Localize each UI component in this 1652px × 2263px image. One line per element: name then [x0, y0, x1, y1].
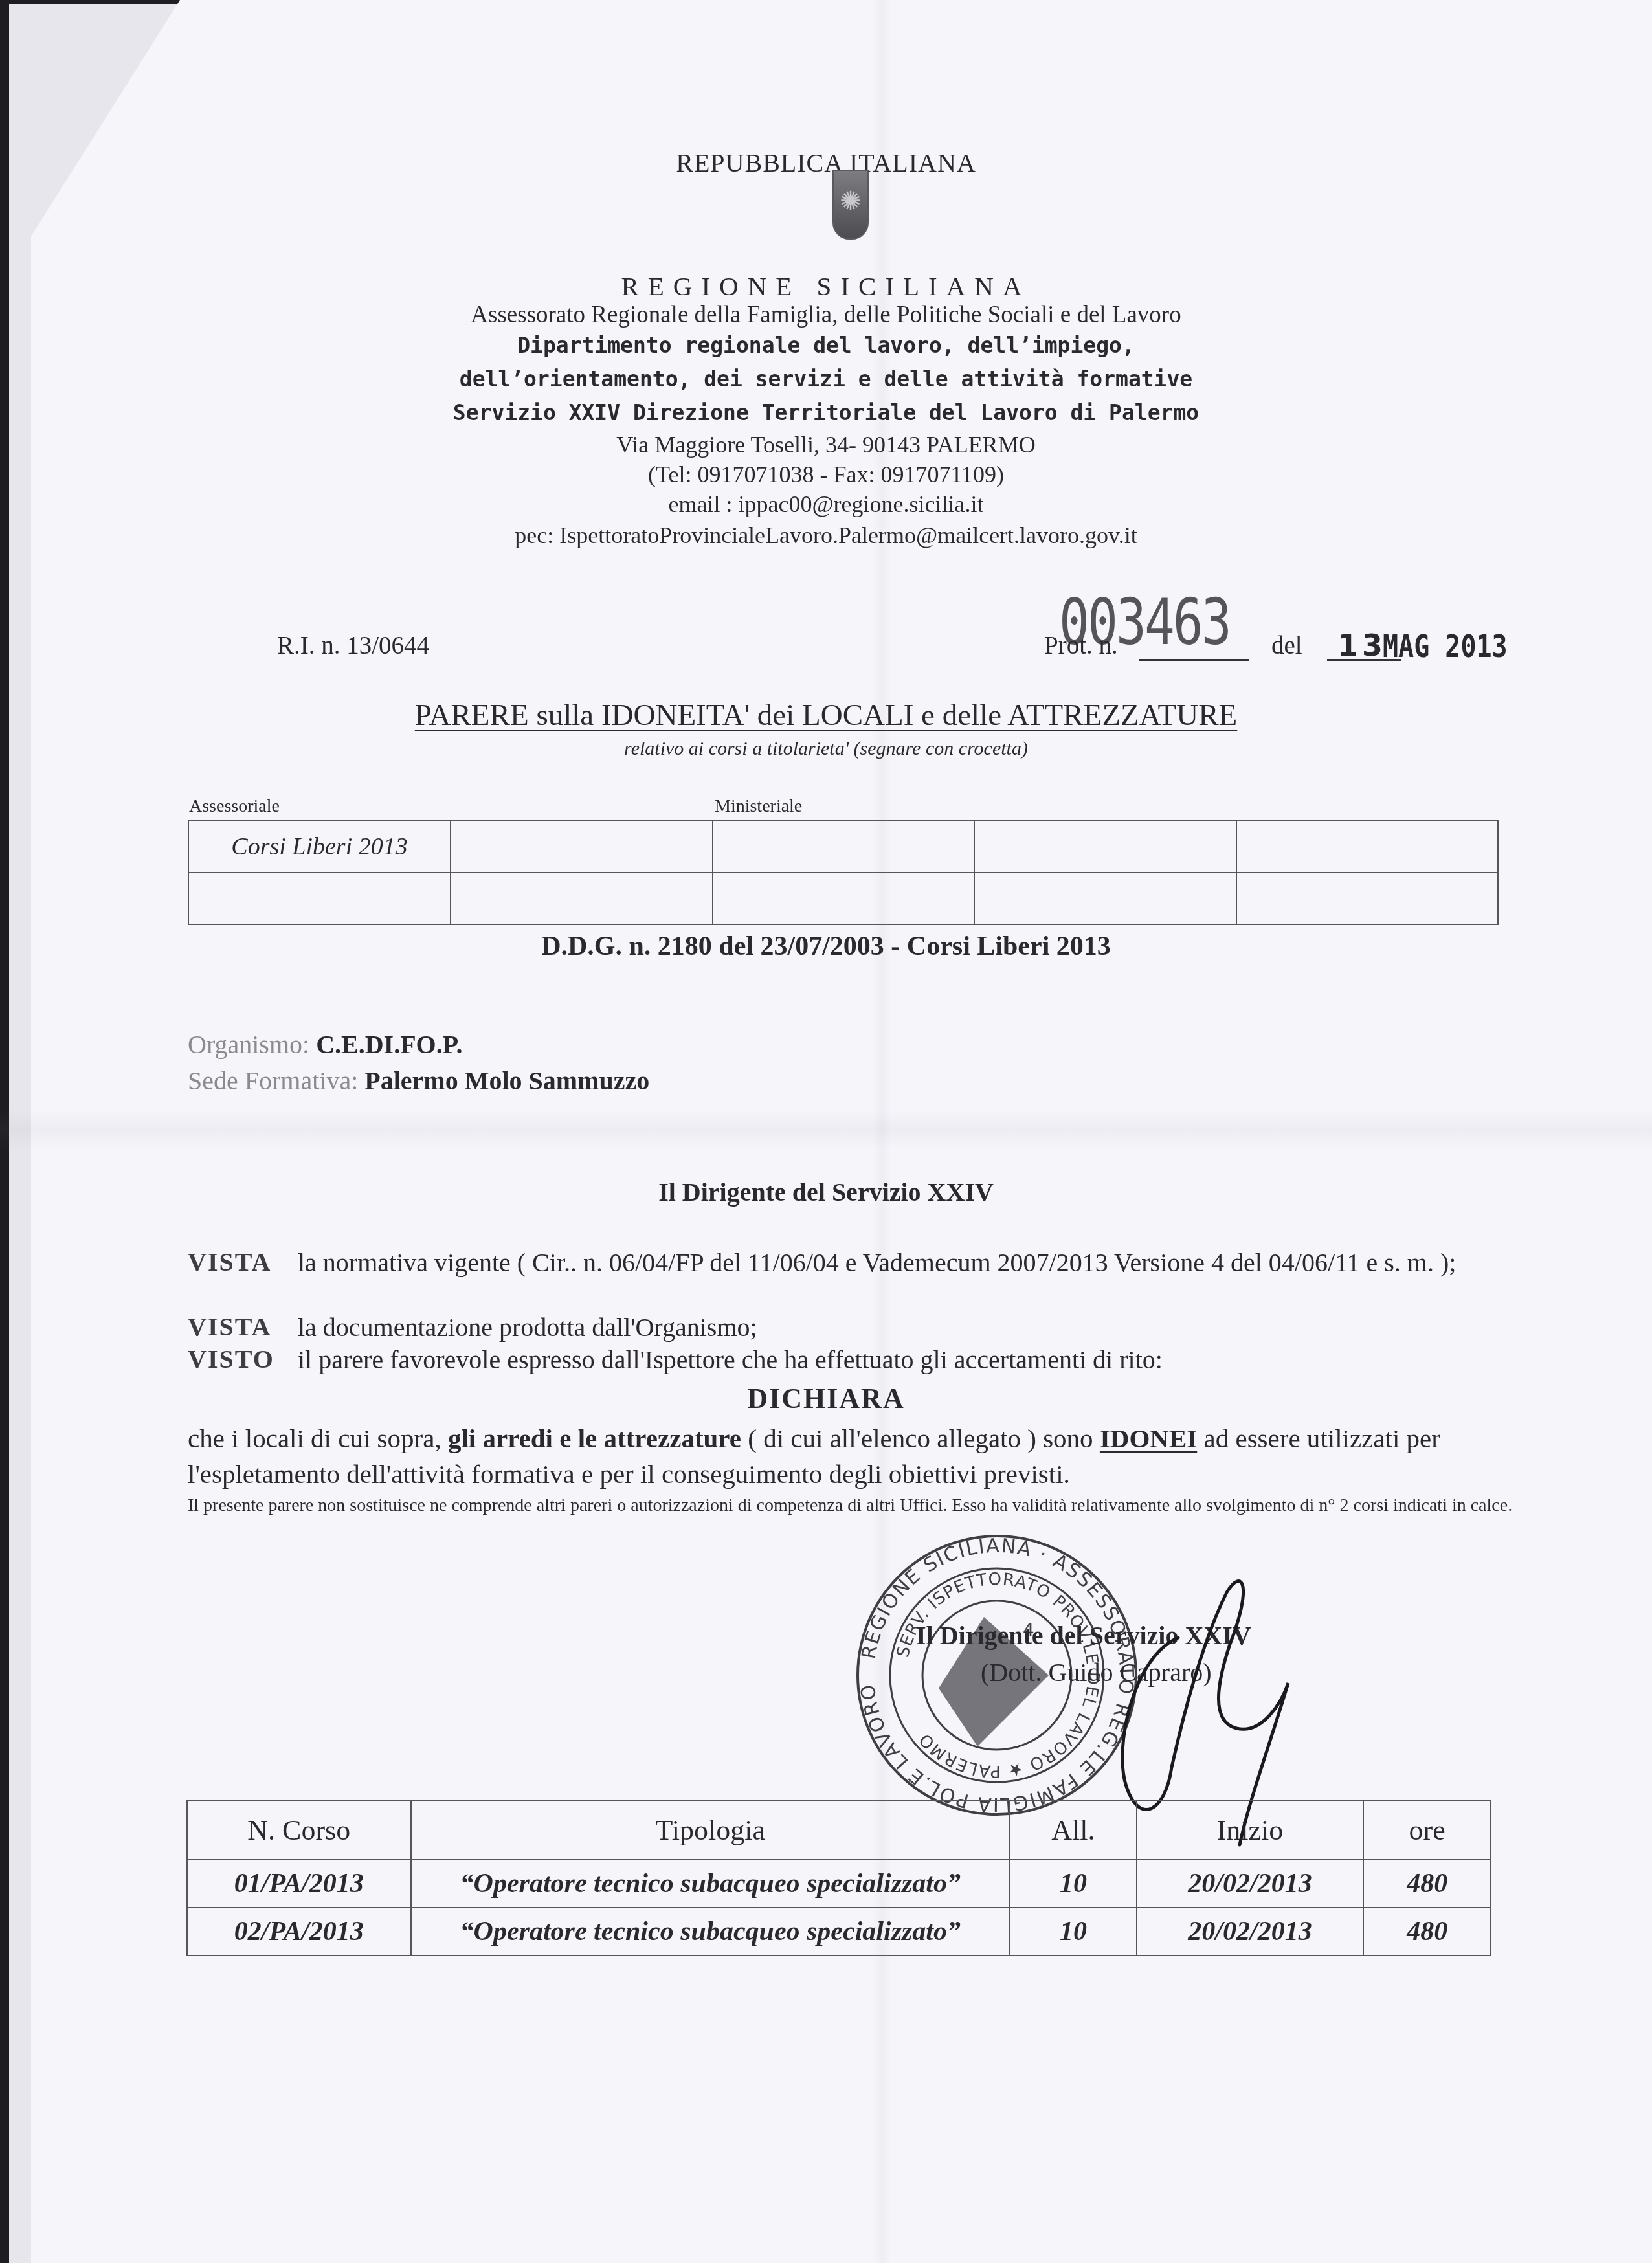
disclaimer-text: Il presente parere non sostituisce ne co… [188, 1492, 1515, 1519]
table-cell [974, 821, 1236, 873]
table-cell: 01/PA/2013 [187, 1860, 411, 1908]
column-header: N. Corso [187, 1800, 411, 1860]
sede-line: Sede Formativa: Palermo Molo Sammuzzo [188, 1065, 649, 1096]
clause-key: VISTA [188, 1247, 285, 1277]
table-cell [1236, 821, 1499, 873]
scanner-edge-top [0, 0, 188, 4]
table-cell: 480 [1363, 1908, 1491, 1956]
email-line: email : ippac00@regione.sicilia.it [0, 491, 1652, 518]
table-cell: 20/02/2013 [1137, 1860, 1363, 1908]
declaration-text: che i locali di cui sopra, [188, 1423, 448, 1453]
table-cell [188, 873, 451, 924]
fold-crease-horizontal [0, 1110, 1652, 1149]
table-row: 02/PA/2013 “Operatore tecnico subacqueo … [187, 1908, 1491, 1956]
table-cell [713, 873, 974, 924]
date-day-stamp: 13 [1337, 628, 1387, 663]
table-cell: “Operatore tecnico subacqueo specializza… [411, 1860, 1010, 1908]
region-heading: REGIONE SICILIANA [0, 271, 1652, 302]
address-line: Via Maggiore Toselli, 34- 90143 PALERMO [0, 431, 1652, 458]
date-month-year-stamp: MAG 2013 [1383, 629, 1508, 665]
assessorato-line: Assessorato Regionale della Famiglia, de… [0, 301, 1652, 329]
column-header: ore [1363, 1800, 1491, 1860]
table-cell: 480 [1363, 1860, 1491, 1908]
table-row [188, 873, 1498, 924]
organism-line: Organismo: C.E.DI.FO.P. [188, 1029, 462, 1060]
table-header-row: N. Corso Tipologia All. Inizio ore [187, 1800, 1491, 1860]
table-cell [1236, 873, 1499, 924]
courses-table: N. Corso Tipologia All. Inizio ore 01/PA… [186, 1800, 1491, 1956]
column-header: All. [1010, 1800, 1137, 1860]
table-cell [974, 873, 1236, 924]
phone-fax-line: (Tel: 0917071038 - Fax: 0917071109) [0, 461, 1652, 488]
service-line: Servizio XXIV Direzione Territoriale del… [0, 400, 1652, 425]
declaration-paragraph: che i locali di cui sopra, gli arredi e … [188, 1421, 1515, 1492]
document-title-text: PARERE sulla IDONEITA' dei LOCALI e dell… [415, 698, 1238, 732]
protocol-underline [1139, 659, 1249, 661]
course-type-table: Corsi Liberi 2013 [188, 820, 1499, 925]
document-subtitle: relativo ai corsi a titolarieta' (segnar… [0, 738, 1652, 760]
declares-heading: DICHIARA [0, 1382, 1652, 1415]
department-line-1: Dipartimento regionale del lavoro, dell’… [0, 333, 1652, 358]
organism-value: C.E.DI.FO.P. [316, 1030, 462, 1059]
clause-key: VISTO [188, 1344, 285, 1374]
table-cell [451, 873, 712, 924]
document-title: PARERE sulla IDONEITA' dei LOCALI e dell… [0, 698, 1652, 733]
trinacria-shield-emblem-icon: ✺ [832, 170, 869, 240]
table-row: Corsi Liberi 2013 [188, 821, 1498, 873]
table-cell: 02/PA/2013 [187, 1908, 411, 1956]
clause-text: la documentazione prodotta dall'Organism… [298, 1311, 1528, 1344]
clause-text: la normativa vigente ( Cir.. n. 06/04/FP… [298, 1247, 1528, 1279]
protocol-label: Prot. n. [1044, 631, 1118, 660]
declaration-underlined: IDONEI [1100, 1423, 1197, 1453]
assessoriale-label: Assessoriale [189, 796, 280, 817]
table-cell: Corsi Liberi 2013 [188, 821, 451, 873]
column-header: Tipologia [411, 1800, 1010, 1860]
sede-value: Palermo Molo Sammuzzo [364, 1066, 649, 1095]
dirigente-heading: Il Dirigente del Servizio XXIV [0, 1177, 1652, 1207]
date-label: del [1271, 631, 1302, 660]
sede-label: Sede Formativa: [188, 1066, 358, 1095]
table-cell: 10 [1010, 1860, 1137, 1908]
ri-number: R.I. n. 13/0644 [277, 631, 429, 660]
table-cell [713, 821, 974, 873]
declaration-text: ( di cui all'elenco allegato ) sono [741, 1423, 1100, 1453]
table-cell: 20/02/2013 [1137, 1908, 1363, 1956]
organism-label: Organismo: [188, 1030, 309, 1059]
republic-heading: REPUBBLICA ITALIANA [0, 148, 1652, 178]
table-cell: “Operatore tecnico subacqueo specializza… [411, 1908, 1010, 1956]
pec-line: pec: IspettoratoProvincialeLavoro.Palerm… [0, 522, 1652, 549]
table-cell [451, 821, 712, 873]
ministeriale-label: Ministeriale [715, 796, 802, 817]
clause-text: il parere favorevole espresso dall'Ispet… [298, 1344, 1528, 1376]
trinacria-icon: ✺ [834, 185, 867, 217]
column-header: Inizio [1137, 1800, 1363, 1860]
department-line-2: dell’orientamento, dei servizi e delle a… [0, 366, 1652, 392]
ddg-reference: D.D.G. n. 2180 del 23/07/2003 - Corsi Li… [0, 931, 1652, 962]
clause-key: VISTA [188, 1311, 285, 1342]
declaration-bold: gli arredi e le attrezzature [448, 1423, 741, 1453]
table-row: 01/PA/2013 “Operatore tecnico subacqueo … [187, 1860, 1491, 1908]
table-cell: 10 [1010, 1908, 1137, 1956]
